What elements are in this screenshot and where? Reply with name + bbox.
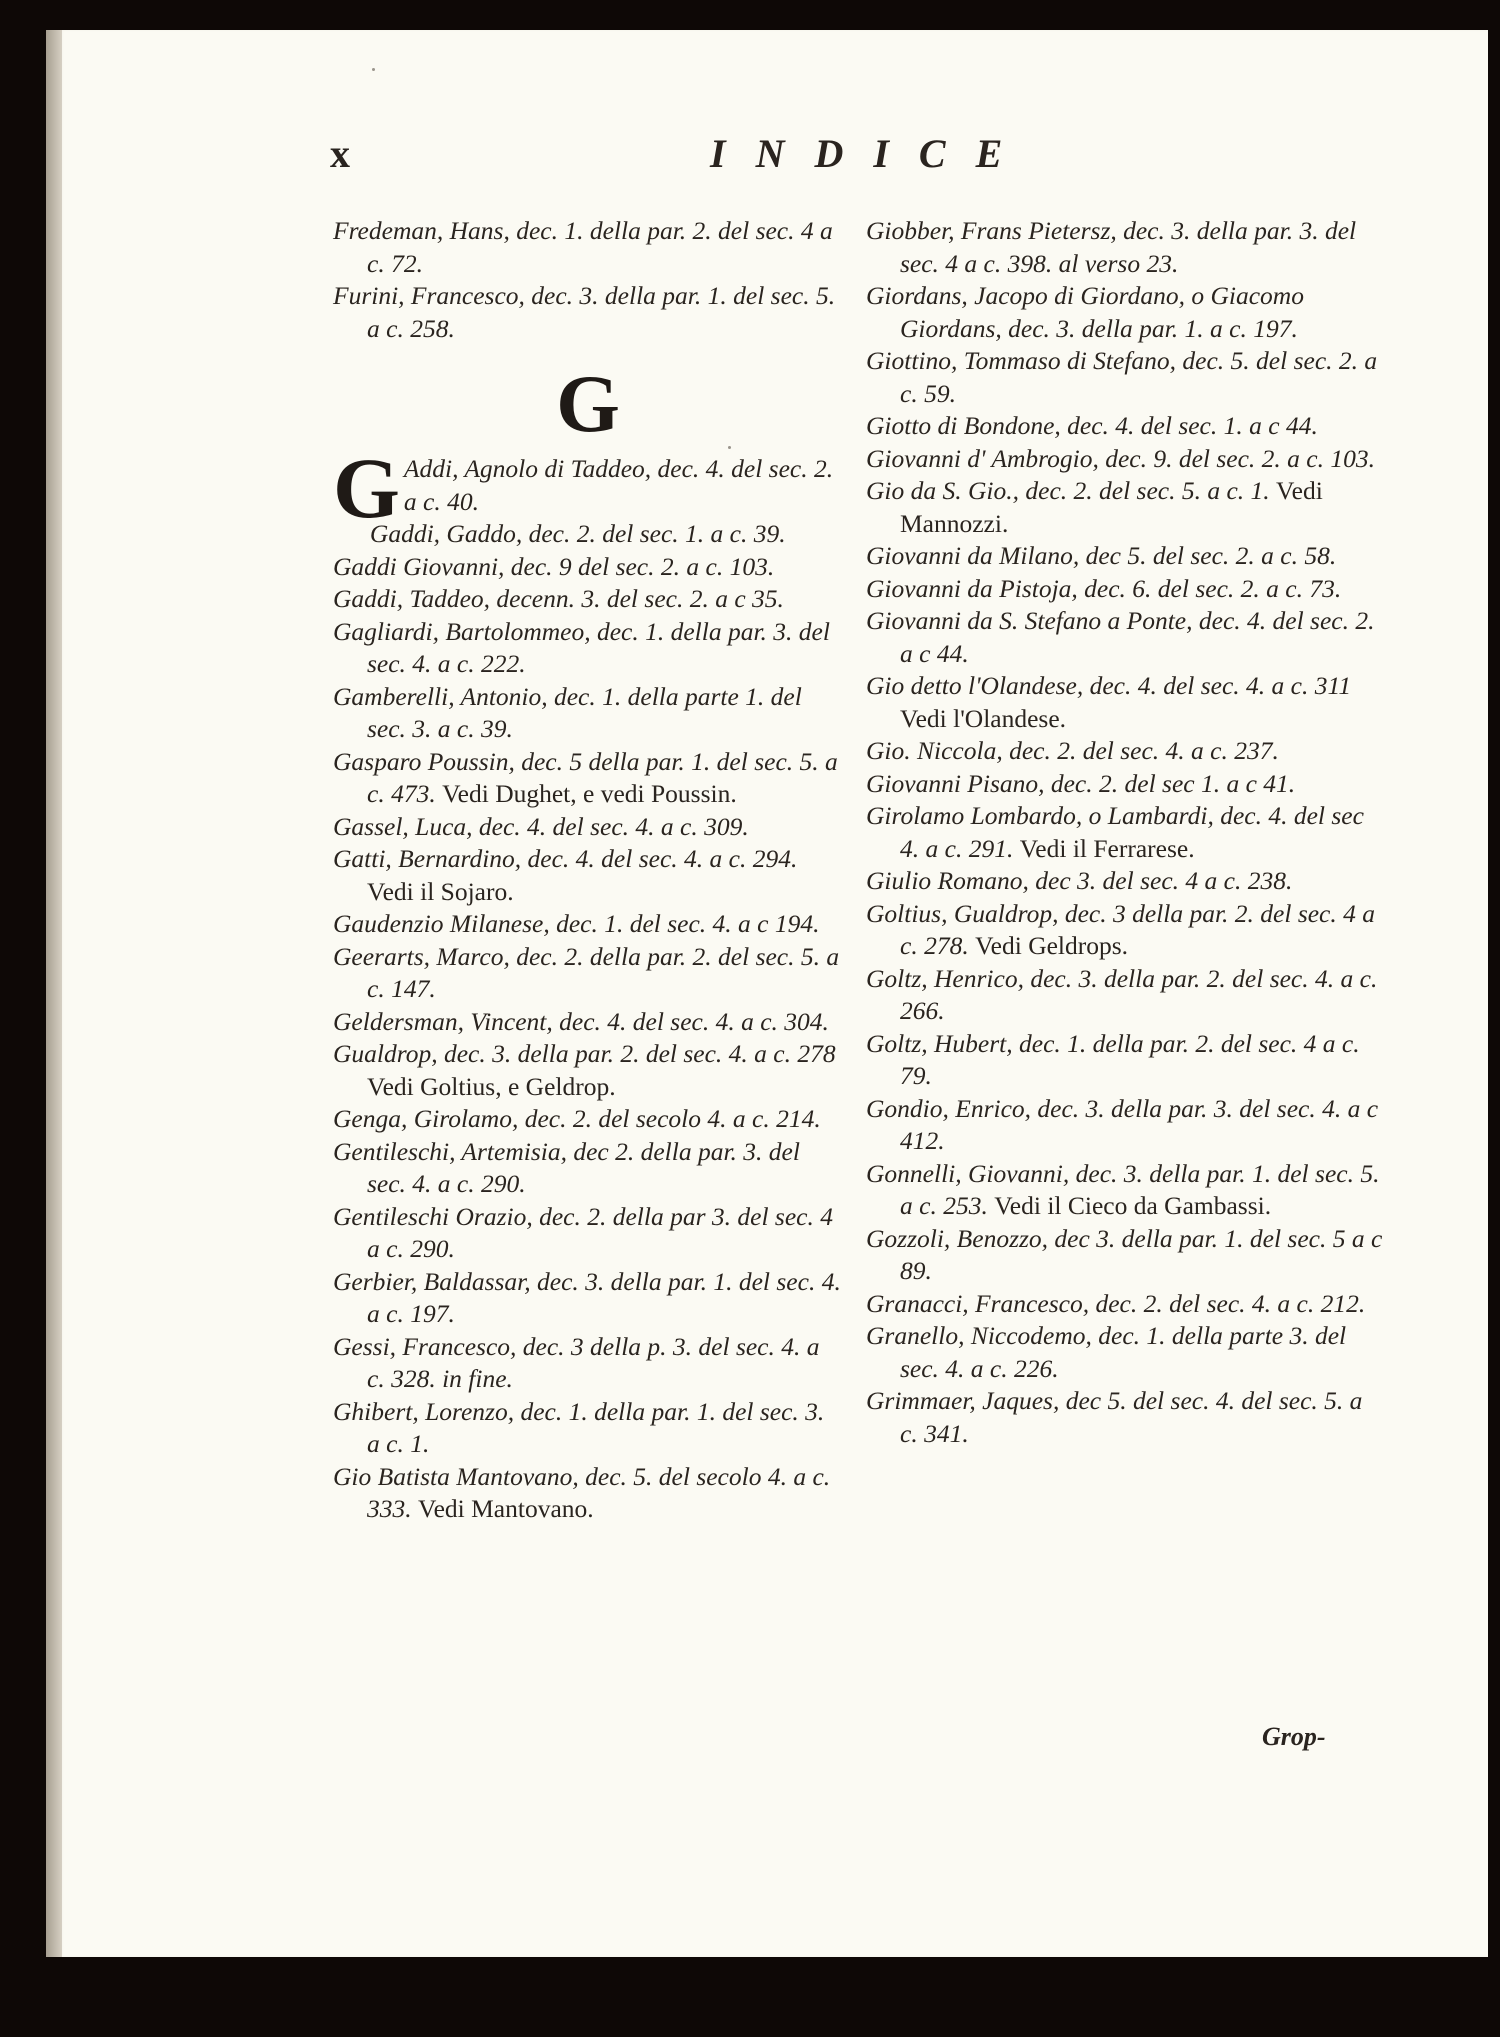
folio-number: x — [330, 130, 350, 177]
catchword: Grop- — [1262, 1722, 1326, 1752]
cross-reference: Vedi Mantovano. — [418, 1494, 594, 1523]
index-entry: Granacci, Francesco, dec. 2. del sec. 4.… — [866, 1288, 1386, 1321]
index-entry: Grimmaer, Jaques, dec 5. del sec. 4. del… — [866, 1385, 1386, 1450]
index-entry: Giulio Romano, dec 3. del sec. 4 a c. 23… — [866, 865, 1386, 898]
index-entry: Gio Batista Mantovano, dec. 5. del secol… — [333, 1461, 843, 1526]
drop-cap: G — [333, 457, 400, 519]
cross-reference: Vedi il Ferrarese. — [1020, 834, 1195, 863]
index-entry: Fredeman, Hans, dec. 1. della par. 2. de… — [333, 215, 843, 280]
index-entry: Giotto di Bondone, dec. 4. del sec. 1. a… — [866, 410, 1386, 443]
index-entry: Girolamo Lombardo, o Lambardi, dec. 4. d… — [866, 800, 1386, 865]
index-entry: Gasparo Poussin, dec. 5 della par. 1. de… — [333, 746, 843, 811]
index-entry: Gassel, Luca, dec. 4. del sec. 4. a c. 3… — [333, 811, 843, 844]
index-entry: Gatti, Bernardino, dec. 4. del sec. 4. a… — [333, 843, 843, 908]
index-entry: Giovanni d' Ambrogio, dec. 9. del sec. 2… — [866, 443, 1386, 476]
index-entry: Giordans, Jacopo di Giordano, o Giacomo … — [866, 280, 1386, 345]
index-entry: Giottino, Tommaso di Stefano, dec. 5. de… — [866, 345, 1386, 410]
index-entry: Gio da S. Gio., dec. 2. del sec. 5. a c.… — [866, 475, 1386, 540]
index-entry: Gualdrop, dec. 3. della par. 2. del sec.… — [333, 1038, 843, 1103]
index-entry: Geldersman, Vincent, dec. 4. del sec. 4.… — [333, 1006, 843, 1039]
index-entry: Gio detto l'Olandese, dec. 4. del sec. 4… — [866, 670, 1386, 735]
index-entry: Giovanni da Pistoja, dec. 6. del sec. 2.… — [866, 573, 1386, 606]
index-entry: Gozzoli, Benozzo, dec 3. della par. 1. d… — [866, 1223, 1386, 1288]
index-entry: Gondio, Enrico, dec. 3. della par. 3. de… — [866, 1093, 1386, 1158]
index-entry: Gentileschi Orazio, dec. 2. della par 3.… — [333, 1201, 843, 1266]
index-entry: Gio. Niccola, dec. 2. del sec. 4. a c. 2… — [866, 735, 1386, 768]
index-entry: Gagliardi, Bartolommeo, dec. 1. della pa… — [333, 616, 843, 681]
cross-reference: Vedi l'Olandese. — [900, 704, 1066, 733]
index-entry: Giovanni da Milano, dec 5. del sec. 2. a… — [866, 540, 1386, 573]
section-letter-heading: G — [333, 359, 843, 449]
index-entry: Genga, Girolamo, dec. 2. del secolo 4. a… — [333, 1103, 843, 1136]
index-entry: Gentileschi, Artemisia, dec 2. della par… — [333, 1136, 843, 1201]
index-entry: Granello, Niccodemo, dec. 1. della parte… — [866, 1320, 1386, 1385]
cross-reference: Vedi il Cieco da Gambassi. — [994, 1191, 1271, 1220]
index-entry-dropcap: GAddi, Agnolo di Taddeo, dec. 4. del sec… — [333, 453, 843, 518]
page-gutter-shadow — [46, 30, 62, 1957]
index-column-left: Fredeman, Hans, dec. 1. della par. 2. de… — [333, 215, 843, 1526]
index-entry: Geerarts, Marco, dec. 2. della par. 2. d… — [333, 941, 843, 1006]
index-entry: Giovanni da S. Stefano a Ponte, dec. 4. … — [866, 605, 1386, 670]
index-entry: Gamberelli, Antonio, dec. 1. della parte… — [333, 681, 843, 746]
index-entry: Giovanni Pisano, dec. 2. del sec 1. a c … — [866, 768, 1386, 801]
index-column-right: Giobber, Frans Pietersz, dec. 3. della p… — [866, 215, 1386, 1450]
cross-reference: Vedi Geldrops. — [975, 931, 1128, 960]
paper-speck — [372, 68, 375, 71]
index-entry: Gerbier, Baldassar, dec. 3. della par. 1… — [333, 1266, 843, 1331]
page-header: x INDICE — [0, 130, 1500, 190]
index-entry: Gonnelli, Giovanni, dec. 3. della par. 1… — [866, 1158, 1386, 1223]
index-entry: Giobber, Frans Pietersz, dec. 3. della p… — [866, 215, 1386, 280]
index-entry: Gaddi, Taddeo, decenn. 3. del sec. 2. a … — [333, 583, 843, 616]
index-entry: Furini, Francesco, dec. 3. della par. 1.… — [333, 280, 843, 345]
index-entry: Ghibert, Lorenzo, dec. 1. della par. 1. … — [333, 1396, 843, 1461]
index-entry: Gaudenzio Milanese, dec. 1. del sec. 4. … — [333, 908, 843, 941]
index-entry: Goltius, Gualdrop, dec. 3 della par. 2. … — [866, 898, 1386, 963]
cross-reference: Vedi Dughet, e vedi Poussin. — [442, 779, 737, 808]
index-entry: Gaddi, Gaddo, dec. 2. del sec. 1. a c. 3… — [333, 518, 843, 551]
cross-reference: Vedi Goltius, e Geldrop. — [367, 1072, 616, 1101]
paper-speck — [728, 446, 731, 449]
index-entry: Gessi, Francesco, dec. 3 della p. 3. del… — [333, 1331, 843, 1396]
running-title: INDICE — [710, 130, 1032, 177]
index-entry: Gaddi Giovanni, dec. 9 del sec. 2. a c. … — [333, 551, 843, 584]
index-entry: Goltz, Hubert, dec. 1. della par. 2. del… — [866, 1028, 1386, 1093]
cross-reference: Vedi il Sojaro. — [367, 877, 514, 906]
index-entry: Goltz, Henrico, dec. 3. della par. 2. de… — [866, 963, 1386, 1028]
